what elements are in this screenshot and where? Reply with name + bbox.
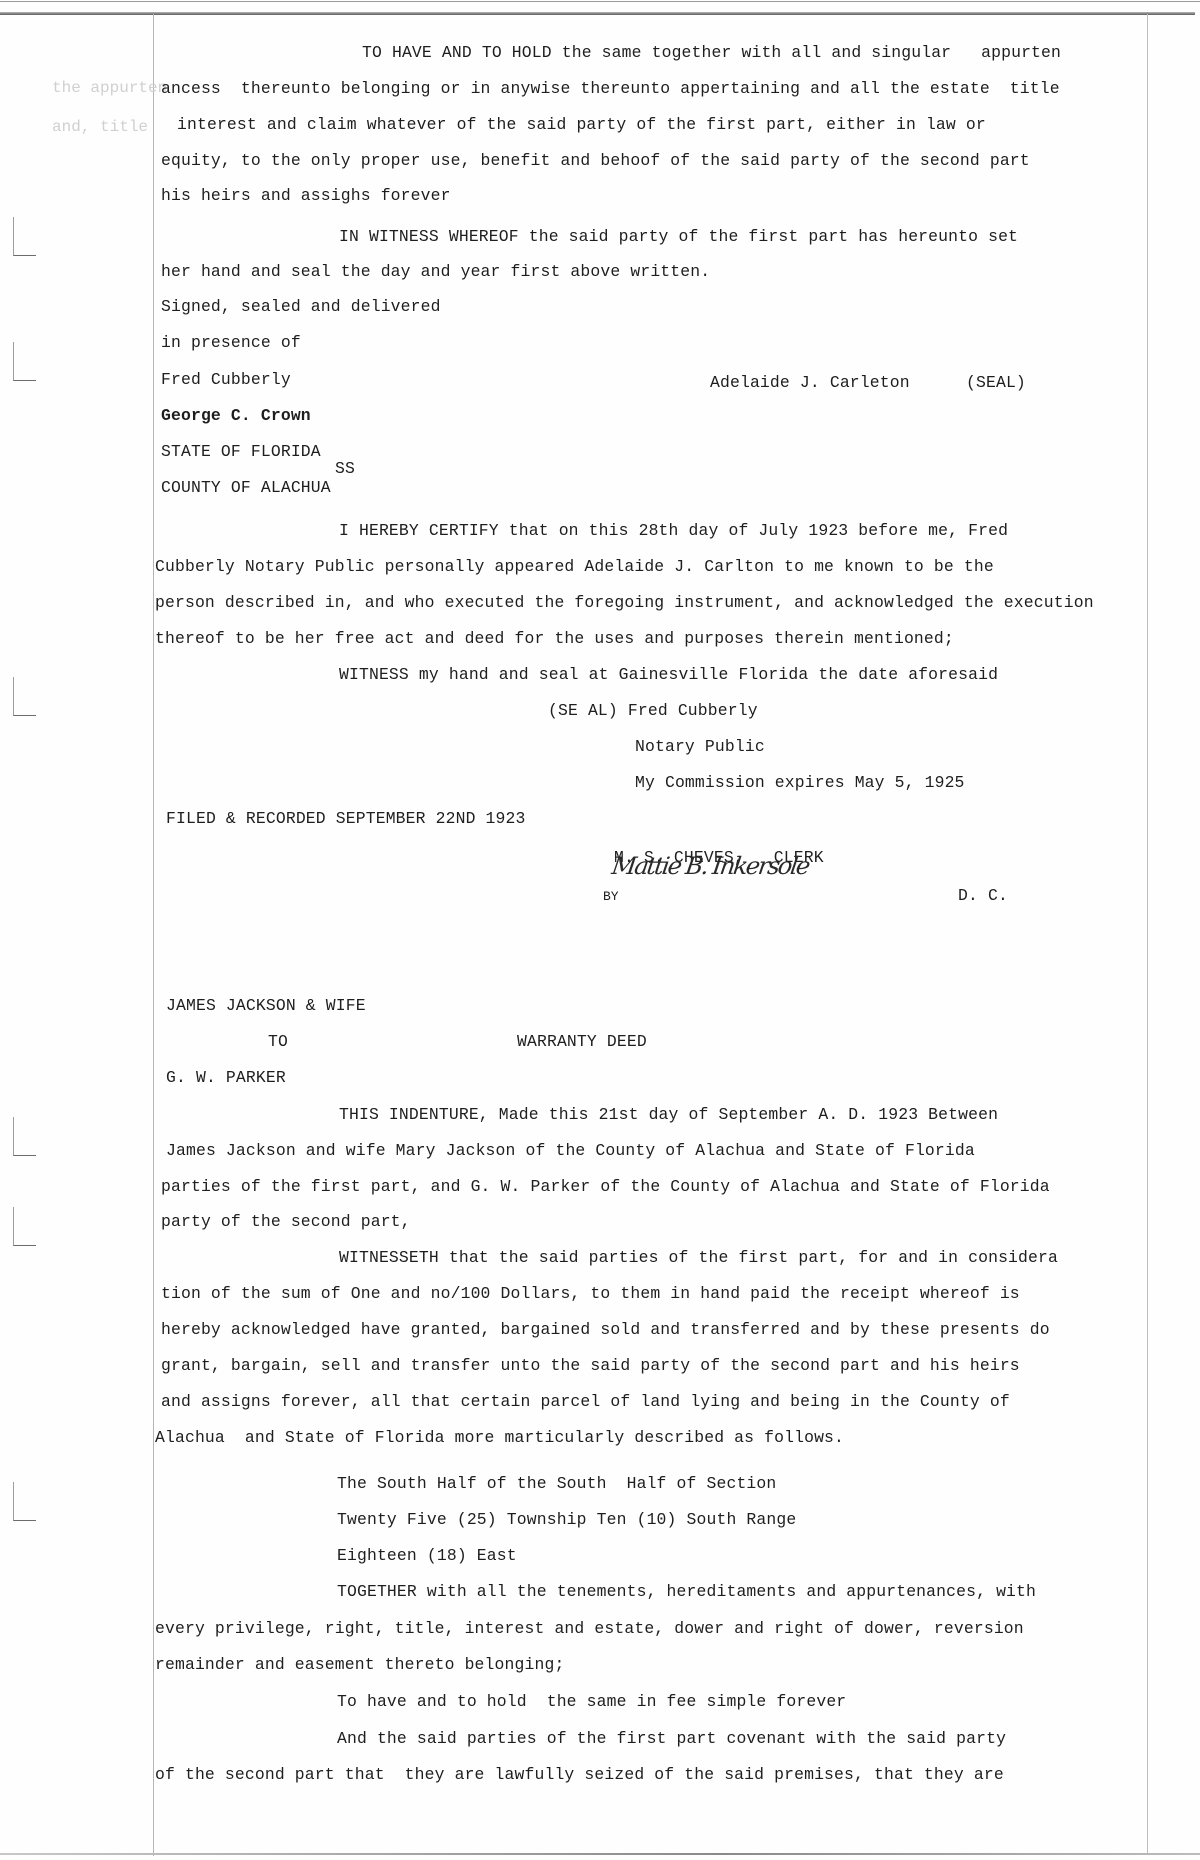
top-edge-line [0,1,1200,2]
venue-ss: SS [335,459,355,479]
text-line: TO HAVE AND TO HOLD the same together wi… [362,43,1061,63]
text-line: equity, to the only proper use, benefit … [161,151,1030,171]
text-line: WITNESSETH that the said parties of the … [339,1248,1058,1268]
text-line: THIS INDENTURE, Made this 21st day of Se… [339,1105,998,1125]
document-page: the appurten and, title TO HAVE AND TO H… [0,0,1200,1860]
left-margin-rule [153,14,154,1856]
text-line: parties of the first part, and G. W. Par… [161,1177,1050,1197]
deed-grantor: JAMES JACKSON & WIFE [166,996,366,1016]
text-line: his heirs and assighs forever [161,186,451,206]
legal-description: The South Half of the South Half of Sect… [337,1474,776,1494]
witness-name: George C. Crown [161,406,311,426]
margin-bracket-mark [13,1207,36,1246]
text-line: and assigns forever, all that certain pa… [161,1392,1010,1412]
text-line: TOGETHER with all the tenements, heredit… [337,1582,1036,1602]
text-line: in presence of [161,333,301,353]
margin-bracket-mark [13,342,36,381]
by-label: BY [603,889,619,904]
text-line: interest and claim whatever of the said … [177,115,986,135]
deputy-clerk-signature: Mattie B. Inkersole [610,852,810,880]
bottom-border-rule [0,1853,1200,1855]
legal-description: Twenty Five (25) Township Ten (10) South… [337,1510,796,1530]
text-line: person described in, and who executed th… [155,593,1094,613]
notary-signature: (SE AL) Fred Cubberly [548,701,758,721]
grantor-signature: Adelaide J. Carleton [710,373,910,393]
notary-commission: My Commission expires May 5, 1925 [635,773,965,793]
top-border-rule [0,12,1195,15]
text-line: IN WITNESS WHEREOF the said party of the… [339,227,1018,247]
text-line: Cubberly Notary Public personally appear… [155,557,994,577]
deputy-clerk-label: D. C. [958,886,1008,906]
filing-stamp: FILED & RECORDED SEPTEMBER 22ND 1923 [166,809,526,829]
margin-bracket-mark [13,1482,36,1521]
deed-grantee: G. W. PARKER [166,1068,286,1088]
text-line: her hand and seal the day and year first… [161,262,710,282]
text-line: remainder and easement thereto belonging… [155,1655,564,1675]
venue-county: COUNTY OF ALACHUA [161,478,331,498]
text-line: I HEREBY CERTIFY that on this 28th day o… [339,521,1008,541]
text-line: tion of the sum of One and no/100 Dollar… [161,1284,1020,1304]
text-line: ancess thereunto belonging or in anywise… [161,79,1060,99]
seal-label: (SEAL) [966,373,1026,393]
text-line: of the second part that they are lawfull… [155,1765,1004,1785]
right-margin-rule [1147,14,1148,1854]
text-line: grant, bargain, sell and transfer unto t… [161,1356,1020,1376]
notary-title: Notary Public [635,737,765,757]
bleed-through-text: the appurten [52,79,167,97]
text-line: hereby acknowledged have granted, bargai… [161,1320,1050,1340]
text-line: James Jackson and wife Mary Jackson of t… [166,1141,975,1161]
legal-description: Eighteen (18) East [337,1546,517,1566]
bleed-through-text: and, title [52,118,148,136]
margin-bracket-mark [13,217,36,256]
text-line: And the said parties of the first part c… [337,1729,1006,1749]
venue-state: STATE OF FLORIDA [161,442,321,462]
text-line: Signed, sealed and delivered [161,297,441,317]
text-line: Alachua and State of Florida more martic… [155,1428,844,1448]
margin-bracket-mark [13,1117,36,1156]
text-line: To have and to hold the same in fee simp… [337,1692,846,1712]
deed-title: WARRANTY DEED [517,1032,647,1052]
deed-to: TO [268,1032,288,1052]
text-line: thereof to be her free act and deed for … [155,629,954,649]
text-line: every privilege, right, title, interest … [155,1619,1024,1639]
witness-name: Fred Cubberly [161,370,291,390]
text-line: party of the second part, [161,1212,411,1232]
text-line: WITNESS my hand and seal at Gainesville … [339,665,998,685]
margin-bracket-mark [13,677,36,716]
